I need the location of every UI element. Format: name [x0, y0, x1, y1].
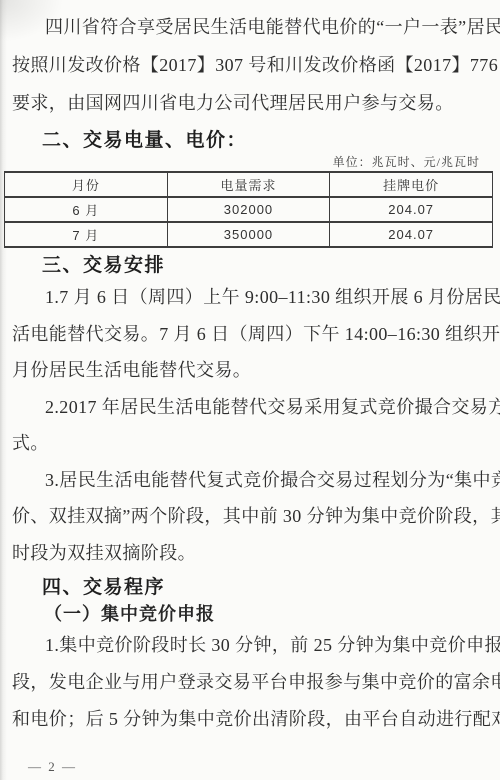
section-4-paragraph-1: 1.集中竞价阶段时长 30 分钟，前 25 分钟为集中竞价申报阶 段，发电企业与…: [12, 627, 480, 738]
paragraph-line: 月份居民生活电能替代交易。: [12, 352, 480, 389]
table-row: 6 月 302000 204.07: [5, 197, 493, 222]
table-header-row: 月份 电量需求 挂牌电价: [5, 172, 493, 197]
page-content: 四川省符合享受居民生活电能替代电价的“一户一表”居民， 按照川发改价格【2017…: [0, 0, 500, 780]
unit-note: 单位：兆瓦时、元/兆瓦时: [12, 155, 480, 170]
paragraph-line: 式。: [12, 425, 480, 462]
section-3-paragraph-3: 3.居民生活电能替代复式竞价撮合交易过程划分为“集中竞 价、双挂双摘”两个阶段，…: [12, 462, 480, 572]
section-3-heading: 三、交易安排: [42, 255, 480, 277]
paragraph-line: 1.7 月 6 日（周四）上午 9:00–11:30 组织开展 6 月份居民生: [12, 279, 480, 316]
paragraph-line: 和电价；后 5 分钟为集中竞价出清阶段，由平台自动进行配对出: [12, 701, 480, 738]
table-header-cell-demand: 电量需求: [167, 172, 330, 197]
paragraph-line: 活电能替代交易。7 月 6 日（周四）下午 14:00–16:30 组织开展 7: [12, 316, 480, 353]
table-cell-demand: 350000: [167, 222, 330, 247]
table-cell-price: 204.07: [330, 197, 493, 222]
intro-line: 要求，由国网四川省电力公司代理居民用户参与交易。: [12, 84, 480, 122]
table-header-cell-month: 月份: [5, 172, 168, 197]
table-row: 7 月 350000 204.07: [5, 222, 493, 247]
table-cell-price: 204.07: [330, 222, 493, 247]
price-table: 月份 电量需求 挂牌电价 6 月 302000 204.07 7 月 35000…: [4, 171, 493, 248]
paragraph-line: 段，发电企业与用户登录交易平台申报参与集中竞价的富余电量: [12, 664, 480, 701]
table-cell-month: 7 月: [5, 222, 168, 247]
section-4-heading: 四、交易程序: [42, 577, 480, 599]
table-cell-month: 6 月: [5, 197, 168, 222]
intro-line: 按照川发改价格【2017】307 号和川发改价格函【2017】776 号: [12, 46, 480, 84]
paragraph-line: 价、双挂双摘”两个阶段，其中前 30 分钟为集中竞价阶段，其余: [12, 498, 480, 535]
intro-line: 四川省符合享受居民生活电能替代电价的“一户一表”居民，: [12, 8, 480, 46]
section-4-subsection-heading: （一）集中竞价申报: [44, 604, 480, 625]
section-2-heading: 二、交易电量、电价：: [42, 130, 480, 152]
table-cell-demand: 302000: [167, 197, 330, 222]
table-header-cell-price: 挂牌电价: [330, 172, 493, 197]
intro-paragraph: 四川省符合享受居民生活电能替代电价的“一户一表”居民， 按照川发改价格【2017…: [12, 8, 480, 122]
page-number: — 2 —: [28, 759, 77, 775]
document-page: 四川省符合享受居民生活电能替代电价的“一户一表”居民， 按照川发改价格【2017…: [0, 0, 500, 780]
paragraph-line: 3.居民生活电能替代复式竞价撮合交易过程划分为“集中竞: [12, 462, 480, 499]
paragraph-line: 1.集中竞价阶段时长 30 分钟，前 25 分钟为集中竞价申报阶: [12, 627, 480, 664]
section-3-paragraph-2: 2.2017 年居民生活电能替代交易采用复式竞价撮合交易方 式。: [12, 389, 480, 462]
section-3-paragraph-1: 1.7 月 6 日（周四）上午 9:00–11:30 组织开展 6 月份居民生 …: [12, 279, 480, 389]
paragraph-line: 时段为双挂双摘阶段。: [12, 535, 480, 572]
paragraph-line: 2.2017 年居民生活电能替代交易采用复式竞价撮合交易方: [12, 389, 480, 426]
